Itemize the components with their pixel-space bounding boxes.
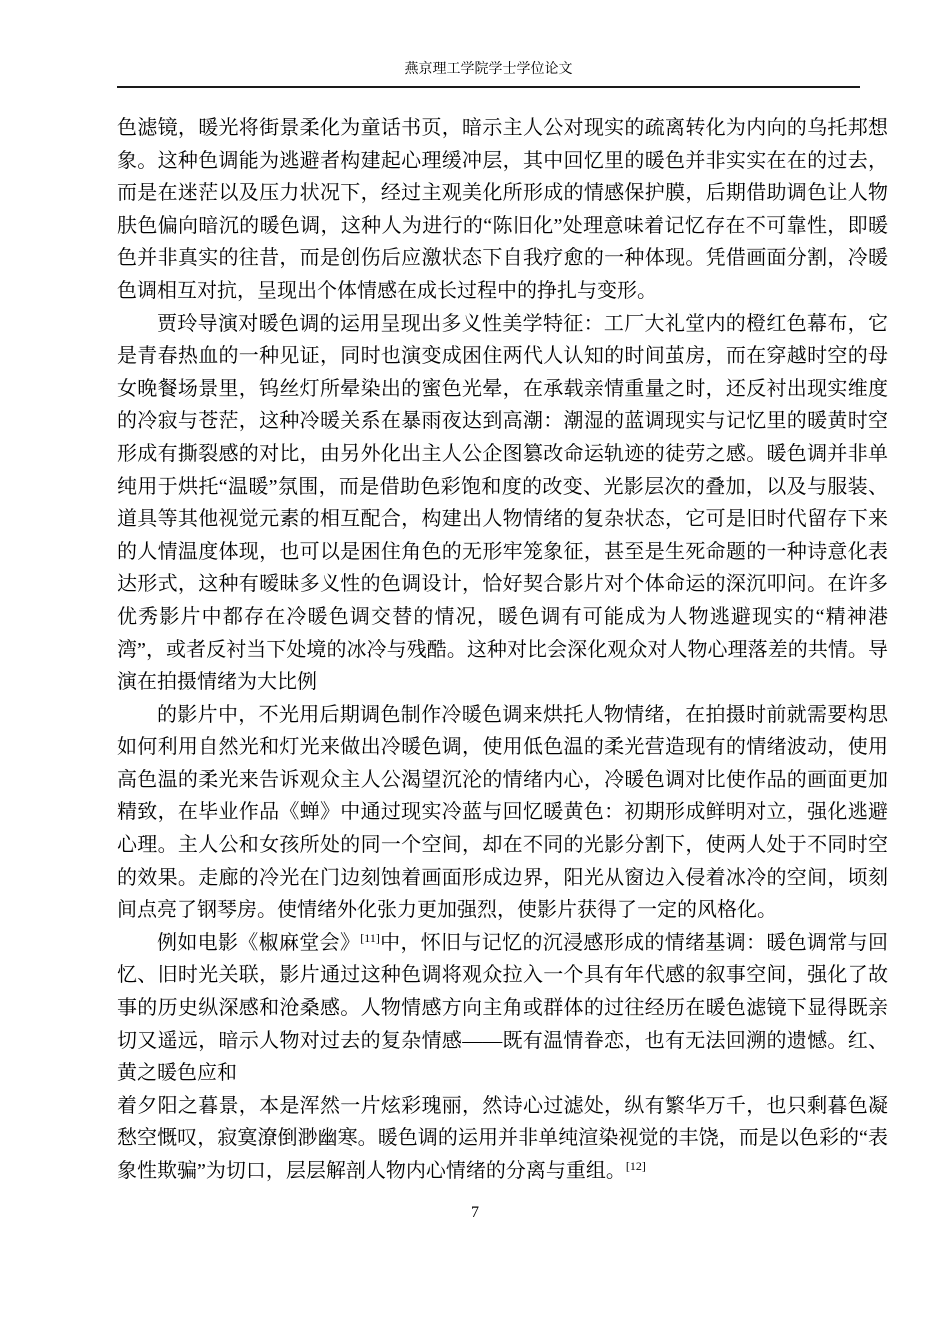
- page-header: 燕京理工学院学士学位论文: [117, 60, 860, 88]
- thesis-page: 燕京理工学院学士学位论文 色滤镜，暖光将街景柔化为童话书页，暗示主人公对现实的疏…: [0, 0, 950, 1344]
- paragraph-text: 例如电影《椒麻堂会》: [157, 932, 360, 954]
- header-title: 燕京理工学院学士学位论文: [405, 62, 573, 77]
- paragraph: 的影片中，不光用后期调色制作冷暖色调来烘托人物情绪，在拍摄时前就需要构思如何利用…: [117, 699, 888, 927]
- citation-reference: [12]: [626, 1159, 646, 1173]
- citation-reference: [11]: [360, 931, 380, 945]
- document-body: 色滤镜，暖光将街景柔化为童话书页，暗示主人公对现实的疏离转化为内向的乌托邦想象。…: [117, 112, 888, 1188]
- page-footer: 7: [0, 1204, 950, 1222]
- paragraph: 例如电影《椒麻堂会》[11]中，怀旧与记忆的沉浸感形成的情绪基调：暖色调常与回忆…: [117, 927, 888, 1090]
- paragraph-text: 着夕阳之暮景，本是浑然一片炫彩瑰丽，然诗心过滤处，纵有繁华万千，也只剩暮色凝愁空…: [117, 1095, 888, 1182]
- paragraph: 贾玲导演对暖色调的运用呈现出多义性美学特征：工厂大礼堂内的橙红色幕布，它是青春热…: [117, 308, 888, 699]
- paragraph-text: 贾玲导演对暖色调的运用呈现出多义性美学特征：工厂大礼堂内的橙红色幕布，它是青春热…: [117, 313, 888, 694]
- paragraph-text: 中，怀旧与记忆的沉浸感形成的情绪基调：暖色调常与回忆、旧时光关联，影片通过这种色…: [117, 932, 888, 1084]
- paragraph-text: 色滤镜，暖光将街景柔化为童话书页，暗示主人公对现实的疏离转化为内向的乌托邦想象。…: [117, 117, 888, 302]
- page-number: 7: [471, 1204, 479, 1221]
- paragraph: 色滤镜，暖光将街景柔化为童话书页，暗示主人公对现实的疏离转化为内向的乌托邦想象。…: [117, 112, 888, 308]
- paragraph: 着夕阳之暮景，本是浑然一片炫彩瑰丽，然诗心过滤处，纵有繁华万千，也只剩暮色凝愁空…: [117, 1090, 888, 1188]
- paragraph-text: 的影片中，不光用后期调色制作冷暖色调来烘托人物情绪，在拍摄时前就需要构思如何利用…: [117, 704, 888, 922]
